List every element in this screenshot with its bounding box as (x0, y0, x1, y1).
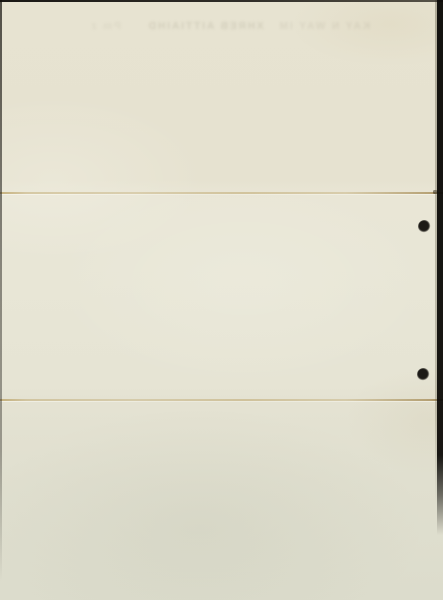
ghost-text-segment: KAY N WAY IM (278, 21, 370, 32)
ghost-text-segment: XHREB AITTIAIHD (147, 21, 264, 32)
scan-background-left-edge (0, 0, 2, 600)
scanned-document: KAY N WAY IM XHREB AITTIAIHD Pm z (0, 0, 443, 600)
scan-background-right-edge (437, 0, 443, 540)
hole-punch-lower (417, 368, 430, 381)
ghost-bleed-through-text: KAY N WAY IM XHREB AITTIAIHD Pm z (70, 18, 370, 34)
fold-line-lower (0, 399, 443, 401)
fold-line-upper (0, 192, 443, 194)
fold-highlight (0, 401, 443, 403)
hole-punch-upper (418, 220, 431, 233)
ghost-text-segment: Pm z (89, 21, 120, 32)
paper-sheet: KAY N WAY IM XHREB AITTIAIHD Pm z (0, 0, 443, 600)
fold-highlight (0, 194, 443, 196)
scan-background-top-edge (0, 0, 443, 2)
